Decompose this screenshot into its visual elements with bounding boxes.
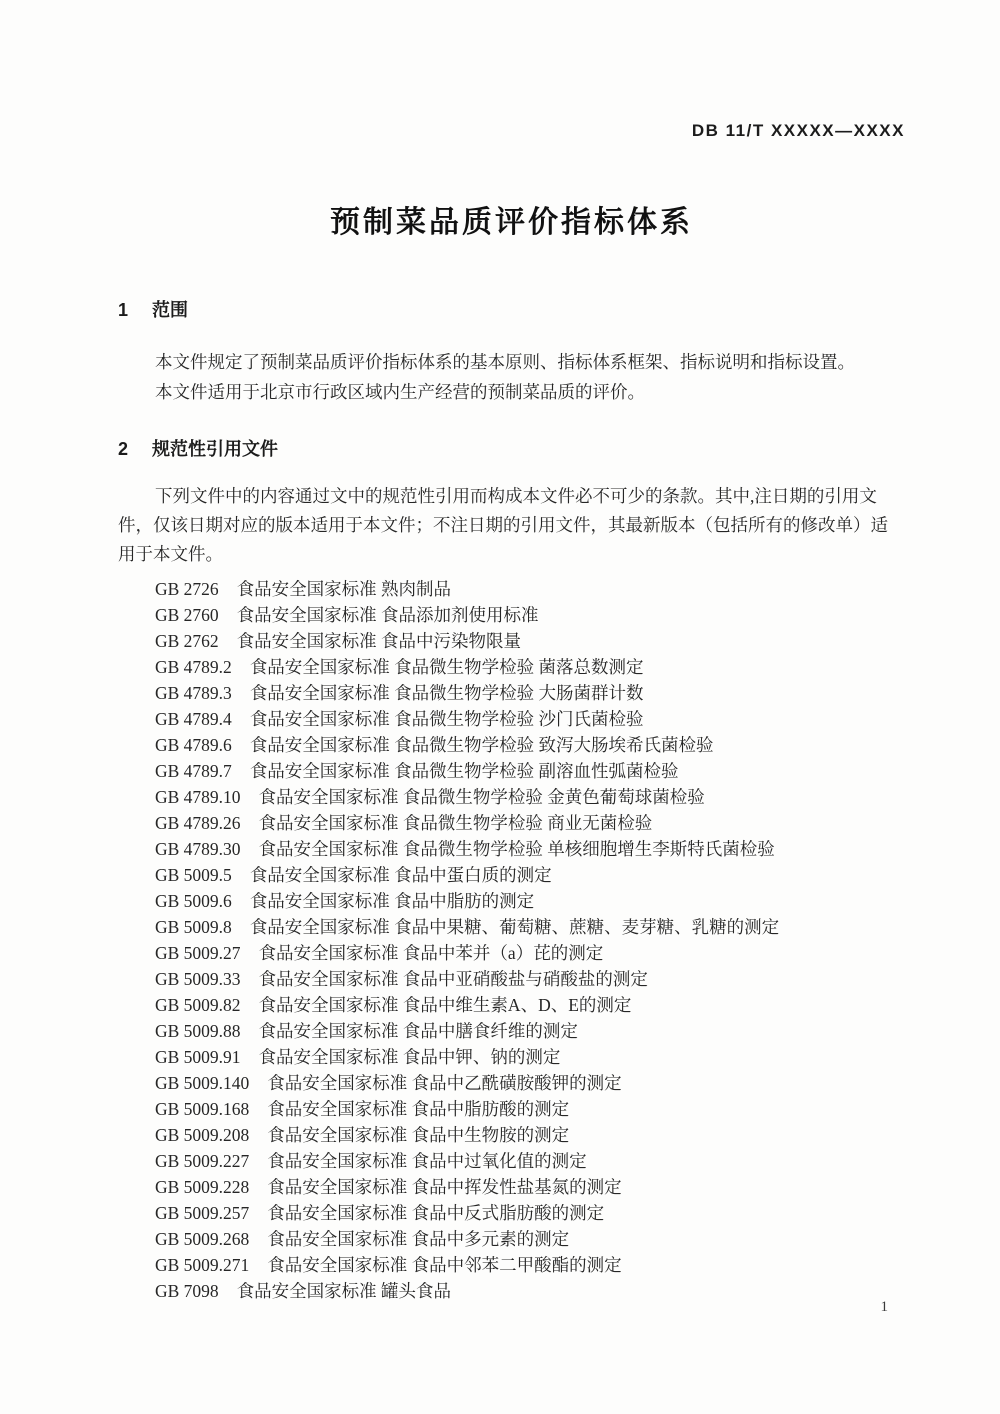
section-1-paragraph-1: 本文件规定了预制菜品质评价指标体系的基本原则、指标体系框架、指标说明和指标设置。 xyxy=(118,347,905,377)
document-page: DB 11/T XXXXX—XXXX 预制菜品质评价指标体系 1范围 本文件规定… xyxy=(0,0,1000,1414)
reference-code: GB 5009.271 xyxy=(155,1252,249,1278)
reference-code: GB 2760 xyxy=(155,602,219,628)
reference-title: 食品安全国家标准 食品中脂肪酸的测定 xyxy=(267,1099,569,1119)
reference-title: 食品安全国家标准 食品中生物胺的测定 xyxy=(267,1125,569,1145)
reference-item: GB 4789.2食品安全国家标准 食品微生物学检验 菌落总数测定 xyxy=(155,654,905,680)
reference-item: GB 5009.168食品安全国家标准 食品中脂肪酸的测定 xyxy=(155,1096,905,1122)
reference-item: GB 4789.26食品安全国家标准 食品微生物学检验 商业无菌检验 xyxy=(155,810,905,836)
reference-title: 食品安全国家标准 食品中蛋白质的测定 xyxy=(250,865,552,885)
reference-code: GB 5009.33 xyxy=(155,966,241,992)
section-2-number: 2 xyxy=(118,438,130,460)
reference-code: GB 5009.268 xyxy=(155,1226,249,1252)
reference-code: GB 4789.26 xyxy=(155,810,241,836)
reference-title: 食品安全国家标准 食品中果糖、葡萄糖、蔗糖、麦芽糖、乳糖的测定 xyxy=(250,917,779,937)
reference-item: GB 5009.82食品安全国家标准 食品中维生素A、D、E的测定 xyxy=(155,992,905,1018)
reference-title: 食品安全国家标准 食品中膳食纤维的测定 xyxy=(259,1021,578,1041)
reference-title: 食品安全国家标准 食品中苯并（a）芘的测定 xyxy=(259,943,604,963)
reference-code: GB 5009.168 xyxy=(155,1096,249,1122)
reference-item: GB 7098食品安全国家标准 罐头食品 xyxy=(155,1278,905,1304)
reference-item: GB 4789.7食品安全国家标准 食品微生物学检验 副溶血性弧菌检验 xyxy=(155,758,905,784)
reference-title: 食品安全国家标准 食品中反式脂肪酸的测定 xyxy=(267,1203,604,1223)
reference-title: 食品安全国家标准 食品中污染物限量 xyxy=(237,631,521,651)
reference-title: 食品安全国家标准 食品中乙酰磺胺酸钾的测定 xyxy=(267,1073,621,1093)
reference-title: 食品安全国家标准 食品微生物学检验 沙门氏菌检验 xyxy=(250,709,644,729)
reference-item: GB 2762食品安全国家标准 食品中污染物限量 xyxy=(155,628,905,654)
reference-title: 食品安全国家标准 食品微生物学检验 菌落总数测定 xyxy=(250,657,644,677)
reference-code: GB 4789.10 xyxy=(155,784,241,810)
reference-item: GB 5009.91食品安全国家标准 食品中钾、钠的测定 xyxy=(155,1044,905,1070)
reference-title: 食品安全国家标准 食品中脂肪的测定 xyxy=(250,891,534,911)
reference-item: GB 5009.257食品安全国家标准 食品中反式脂肪酸的测定 xyxy=(155,1200,905,1226)
reference-title: 食品安全国家标准 食品中钾、钠的测定 xyxy=(259,1047,561,1067)
reference-item: GB 4789.6食品安全国家标准 食品微生物学检验 致泻大肠埃希氏菌检验 xyxy=(155,732,905,758)
reference-title: 食品安全国家标准 熟肉制品 xyxy=(237,579,451,599)
section-1-number: 1 xyxy=(118,299,130,321)
reference-title: 食品安全国家标准 食品中亚硝酸盐与硝酸盐的测定 xyxy=(259,969,648,989)
section-2-heading: 2规范性引用文件 xyxy=(118,438,905,460)
reference-code: GB 5009.228 xyxy=(155,1174,249,1200)
document-title: 预制菜品质评价指标体系 xyxy=(118,205,905,241)
section-2-title: 规范性引用文件 xyxy=(152,439,278,459)
reference-item: GB 5009.5食品安全国家标准 食品中蛋白质的测定 xyxy=(155,862,905,888)
reference-code: GB 4789.2 xyxy=(155,654,232,680)
section-1-title: 范围 xyxy=(152,300,188,320)
reference-title: 食品安全国家标准 食品中邻苯二甲酸酯的测定 xyxy=(267,1255,621,1275)
reference-code: GB 4789.6 xyxy=(155,732,232,758)
reference-item: GB 2726食品安全国家标准 熟肉制品 xyxy=(155,576,905,602)
reference-code: GB 5009.88 xyxy=(155,1018,241,1044)
reference-item: GB 5009.228食品安全国家标准 食品中挥发性盐基氮的测定 xyxy=(155,1174,905,1200)
reference-item: GB 5009.271食品安全国家标准 食品中邻苯二甲酸酯的测定 xyxy=(155,1252,905,1278)
reference-code: GB 4789.4 xyxy=(155,706,232,732)
section-1-paragraph-2: 本文件适用于北京市行政区域内生产经营的预制菜品质的评价。 xyxy=(118,377,905,407)
reference-title: 食品安全国家标准 食品微生物学检验 金黄色葡萄球菌检验 xyxy=(259,787,705,807)
reference-code: GB 2726 xyxy=(155,576,219,602)
reference-code: GB 2762 xyxy=(155,628,219,654)
document-reference-number: DB 11/T XXXXX—XXXX xyxy=(118,0,905,141)
reference-code: GB 5009.82 xyxy=(155,992,241,1018)
section-1-heading: 1范围 xyxy=(118,299,905,321)
reference-item: GB 4789.10食品安全国家标准 食品微生物学检验 金黄色葡萄球菌检验 xyxy=(155,784,905,810)
reference-title: 食品安全国家标准 罐头食品 xyxy=(237,1281,451,1301)
reference-title: 食品安全国家标准 食品中过氧化值的测定 xyxy=(267,1151,586,1171)
reference-item: GB 5009.140食品安全国家标准 食品中乙酰磺胺酸钾的测定 xyxy=(155,1070,905,1096)
reference-title: 食品安全国家标准 食品微生物学检验 致泻大肠埃希氏菌检验 xyxy=(250,735,714,755)
reference-code: GB 5009.140 xyxy=(155,1070,249,1096)
reference-item: GB 5009.208食品安全国家标准 食品中生物胺的测定 xyxy=(155,1122,905,1148)
reference-title: 食品安全国家标准 食品微生物学检验 副溶血性弧菌检验 xyxy=(250,761,679,781)
reference-item: GB 5009.88食品安全国家标准 食品中膳食纤维的测定 xyxy=(155,1018,905,1044)
reference-title: 食品安全国家标准 食品微生物学检验 商业无菌检验 xyxy=(259,813,653,833)
reference-item: GB 4789.30食品安全国家标准 食品微生物学检验 单核细胞增生李斯特氏菌检… xyxy=(155,836,905,862)
reference-item: GB 4789.3食品安全国家标准 食品微生物学检验 大肠菌群计数 xyxy=(155,680,905,706)
reference-code: GB 5009.91 xyxy=(155,1044,241,1070)
reference-code: GB 4789.7 xyxy=(155,758,232,784)
reference-code: GB 5009.8 xyxy=(155,914,232,940)
reference-item: GB 5009.6食品安全国家标准 食品中脂肪的测定 xyxy=(155,888,905,914)
reference-code: GB 5009.6 xyxy=(155,888,232,914)
reference-title: 食品安全国家标准 食品微生物学检验 单核细胞增生李斯特氏菌检验 xyxy=(259,839,775,859)
reference-item: GB 5009.268食品安全国家标准 食品中多元素的测定 xyxy=(155,1226,905,1252)
reference-title: 食品安全国家标准 食品微生物学检验 大肠菌群计数 xyxy=(250,683,644,703)
reference-item: GB 5009.27食品安全国家标准 食品中苯并（a）芘的测定 xyxy=(155,940,905,966)
reference-code: GB 5009.5 xyxy=(155,862,232,888)
reference-code: GB 4789.30 xyxy=(155,836,241,862)
reference-title: 食品安全国家标准 食品中维生素A、D、E的测定 xyxy=(259,995,632,1015)
reference-item: GB 5009.227食品安全国家标准 食品中过氧化值的测定 xyxy=(155,1148,905,1174)
reference-code: GB 4789.3 xyxy=(155,680,232,706)
reference-item: GB 5009.8食品安全国家标准 食品中果糖、葡萄糖、蔗糖、麦芽糖、乳糖的测定 xyxy=(155,914,905,940)
reference-code: GB 5009.227 xyxy=(155,1148,249,1174)
reference-list: GB 2726食品安全国家标准 熟肉制品GB 2760食品安全国家标准 食品添加… xyxy=(118,576,905,1304)
reference-title: 食品安全国家标准 食品中挥发性盐基氮的测定 xyxy=(267,1177,621,1197)
reference-item: GB 4789.4食品安全国家标准 食品微生物学检验 沙门氏菌检验 xyxy=(155,706,905,732)
reference-item: GB 5009.33食品安全国家标准 食品中亚硝酸盐与硝酸盐的测定 xyxy=(155,966,905,992)
reference-code: GB 5009.27 xyxy=(155,940,241,966)
section-2-intro-paragraph: 下列文件中的内容通过文中的规范性引用而构成本文件必不可少的条款。其中,注日期的引… xyxy=(118,482,905,569)
page-number: 1 xyxy=(881,1299,889,1316)
reference-code: GB 7098 xyxy=(155,1278,219,1304)
reference-title: 食品安全国家标准 食品中多元素的测定 xyxy=(267,1229,569,1249)
reference-title: 食品安全国家标准 食品添加剂使用标准 xyxy=(237,605,539,625)
reference-item: GB 2760食品安全国家标准 食品添加剂使用标准 xyxy=(155,602,905,628)
reference-code: GB 5009.257 xyxy=(155,1200,249,1226)
reference-code: GB 5009.208 xyxy=(155,1122,249,1148)
